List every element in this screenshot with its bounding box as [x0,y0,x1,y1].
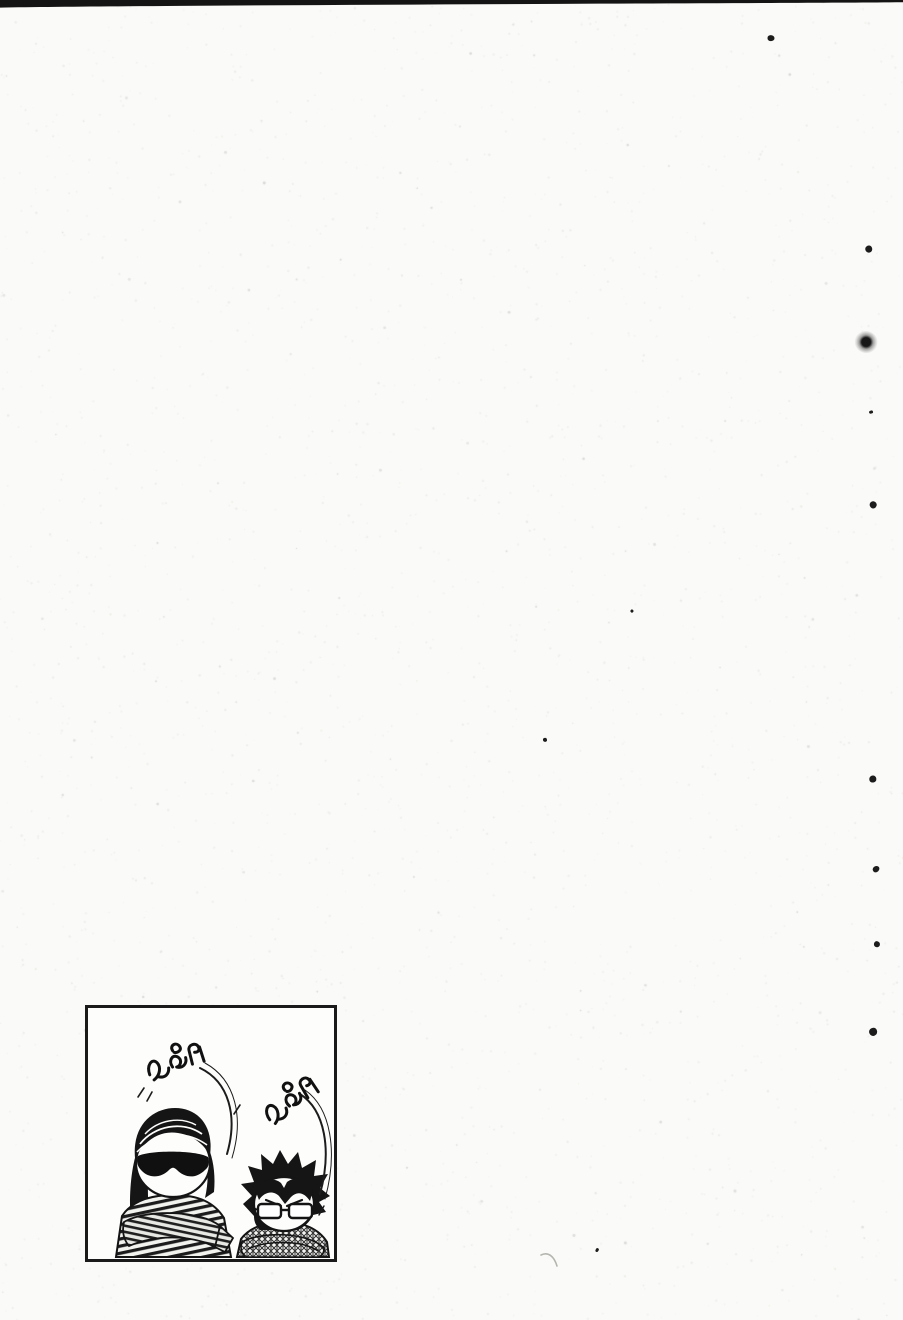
comic-panel [85,1005,337,1262]
ink-speck [768,35,775,41]
ink-speck [630,609,634,613]
ink-speck [867,1027,878,1038]
ink-speck [874,941,881,948]
ink-speck [543,738,548,742]
panel-artwork [88,1008,334,1259]
figure-left [116,1108,233,1257]
ink-speck [852,328,880,356]
ink-speck [871,865,880,874]
ink-speck [864,244,873,254]
ink-speck [868,500,877,509]
scanned-manga-page [0,0,903,1320]
ink-speck [869,410,874,414]
figure-right [237,1150,330,1257]
ink-speck [595,1247,600,1252]
motion-ticks-left [138,1088,152,1101]
sfx-text-left [144,1038,206,1080]
sfx-text-right [258,1071,321,1125]
ink-speck [869,775,877,783]
